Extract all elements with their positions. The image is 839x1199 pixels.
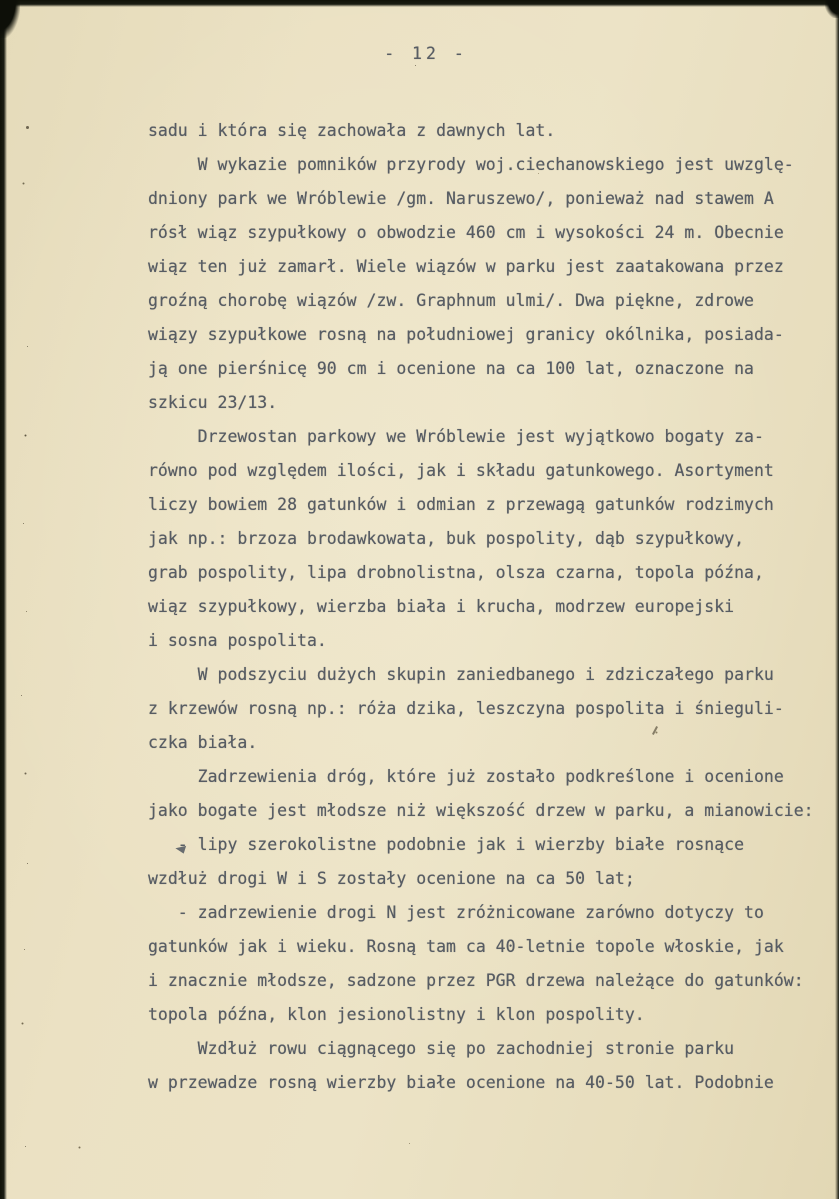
text-line: - zadrzewienie drogi N jest zróżnicowane…	[148, 896, 828, 930]
text-line: topola późna, klon jesionolistny i klon …	[148, 998, 828, 1032]
scan-edge-left	[0, 0, 7, 1199]
text-line: czka biała.	[148, 726, 828, 760]
text-line: jak np.: brzoza brodawkowata, buk pospol…	[148, 522, 828, 556]
text-line: dniony park we Wróblewie /gm. Naruszewo/…	[148, 182, 828, 216]
text-line: W wykazie pomników przyrody woj.ciechano…	[148, 148, 828, 182]
text-line: ją one pierśnicę 90 cm i ocenione na ca …	[148, 352, 828, 386]
text-line: wiąz ten już zamarł. Wiele wiązów w park…	[148, 250, 828, 284]
text-line: w przewadze rosną wierzby białe ocenione…	[148, 1066, 828, 1100]
text-line: i znacznie młodsze, sadzone przez PGR dr…	[148, 964, 828, 998]
scan-corner-top-left	[0, 0, 20, 38]
text-line: wzdłuż drogi W i S zostały ocenione na c…	[148, 862, 828, 896]
page-number: - 12 -	[0, 44, 839, 63]
text-line: - lipy szerokolistne podobnie jak i wier…	[148, 828, 828, 862]
text-line: szkicu 23/13.	[148, 386, 828, 420]
text-line: gatunków jak i wieku. Rosną tam ca 40-le…	[148, 930, 828, 964]
text-line: jako bogate jest młodsze niż większość d…	[148, 794, 828, 828]
document-lines: sadu i która się zachowała z dawnych lat…	[148, 114, 828, 1100]
scan-corner-top-right	[825, 0, 839, 18]
scanned-typewritten-page: - 12 - sadu i która się zachowała z dawn…	[0, 0, 839, 1199]
scan-edge-top	[0, 0, 839, 7]
scan-speck	[26, 126, 29, 129]
text-line: rósł wiąz szypułkowy o obwodzie 460 cm i…	[148, 216, 828, 250]
text-line: wiązy szypułkowe rosną na południowej gr…	[148, 318, 828, 352]
text-line: Zadrzewienia dróg, które już zostało pod…	[148, 760, 828, 794]
text-line: Drzewostan parkowy we Wróblewie jest wyj…	[148, 420, 828, 454]
text-line: sadu i która się zachowała z dawnych lat…	[148, 114, 828, 148]
text-line: wiąz szypułkowy, wierzba biała i krucha,…	[148, 590, 828, 624]
text-line: z krzewów rosną np.: róża dzika, leszczy…	[148, 692, 828, 726]
text-line: W podszyciu dużych skupin zaniedbanego i…	[148, 658, 828, 692]
text-line: groźną chorobę wiązów /zw. Graphnum ulmi…	[148, 284, 828, 318]
scan-edge-right	[835, 0, 839, 1199]
text-line: i sosna pospolita.	[148, 624, 828, 658]
text-line: grab pospolity, lipa drobnolistna, olsza…	[148, 556, 828, 590]
text-line: równo pod względem ilości, jak i składu …	[148, 454, 828, 488]
text-line: Wzdłuż rowu ciągnącego się po zachodniej…	[148, 1032, 828, 1066]
text-line: liczy bowiem 28 gatunków i odmian z prze…	[148, 488, 828, 522]
